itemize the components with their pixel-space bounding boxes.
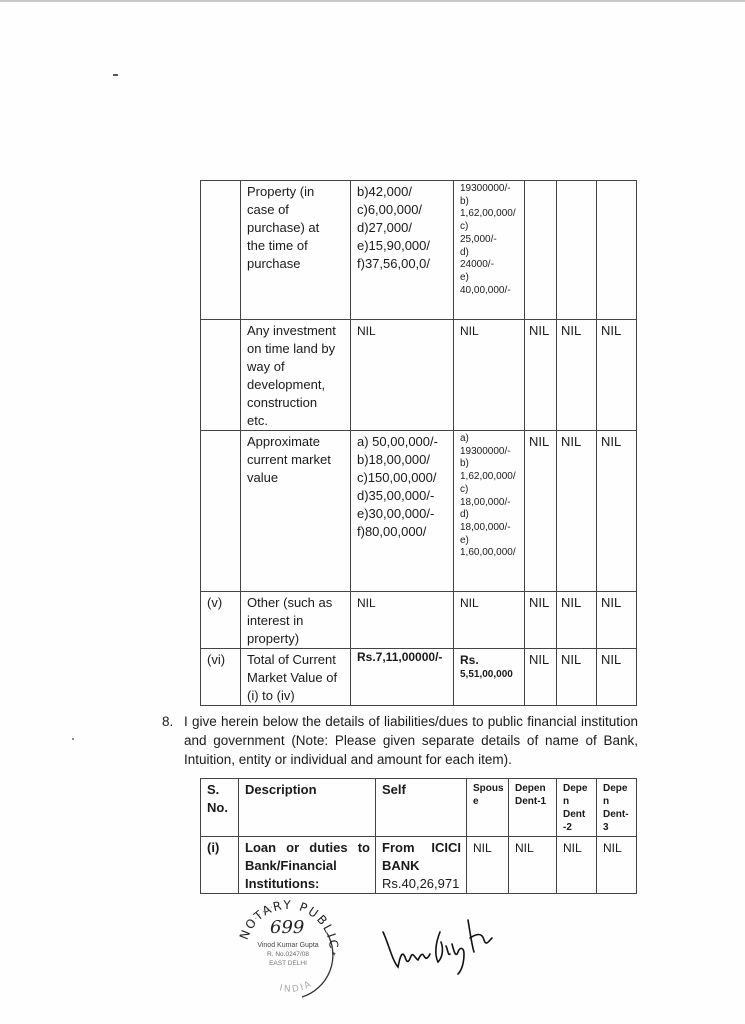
row-dependent-2: NIL	[557, 320, 597, 431]
row-dependent-2: NIL	[557, 431, 597, 592]
row-spouse: a)19300000/-b)1,62,00,000/c)18,00,000/-d…	[454, 431, 525, 592]
notary-seal-icon: NOTARY PUBLIC 699 Vinod Kumar Gupta R. N…	[232, 893, 344, 1005]
svg-text:*: *	[332, 951, 336, 962]
row-sno	[201, 320, 241, 431]
row-description: Total of CurrentMarket Value of(i) to (i…	[241, 649, 351, 706]
row-dependent-1: NIL	[525, 320, 557, 431]
row-spouse: NIL	[467, 837, 509, 894]
table-row: Any investmenton time land byway ofdevel…	[201, 320, 637, 431]
row-description: Any investmenton time land byway ofdevel…	[241, 320, 351, 431]
row-dependent-1: NIL	[509, 837, 557, 894]
table-row: Approximatecurrent marketvaluea) 50,00,0…	[201, 431, 637, 592]
scan-speck	[72, 738, 74, 740]
header-dependent-1: DepenDent-1	[509, 779, 557, 837]
row-self: b)42,000/c)6,00,000/d)27,000/e)15,90,000…	[351, 181, 454, 320]
row-description: Loan or duties to Bank/Financial Institu…	[239, 837, 376, 894]
header-description: Description	[239, 779, 376, 837]
row-dependent-1: NIL	[525, 431, 557, 592]
scan-speck	[113, 74, 118, 76]
svg-text:INDIA: INDIA	[279, 979, 315, 995]
row-sno: (i)	[201, 837, 239, 894]
row-dependent-2	[557, 181, 597, 320]
section-text: I give herein below the details of liabi…	[184, 712, 638, 769]
row-dependent-3: NIL	[597, 649, 637, 706]
row-description: Property (incase ofpurchase) atthe time …	[241, 181, 351, 320]
row-dependent-3: NIL	[597, 431, 637, 592]
svg-text:R. No.0247/08: R. No.0247/08	[267, 951, 309, 958]
section-number: 8.	[162, 712, 173, 731]
row-spouse: 19300000/-b)1,62,00,000/c)25,000/-d)2400…	[454, 181, 525, 320]
row-dependent-3: NIL	[597, 837, 637, 894]
signature	[378, 912, 498, 982]
row-self: Rs.7,11,00000/-	[351, 649, 454, 706]
row-dependent-2: NIL	[557, 649, 597, 706]
row-dependent-1	[525, 181, 557, 320]
row-description: Other (such asinterest inproperty)	[241, 592, 351, 649]
header-dependent-2: DepenDent-2	[557, 779, 597, 837]
svg-text:EAST DELHI: EAST DELHI	[269, 960, 307, 967]
header-sno: S.No.	[201, 779, 239, 837]
row-self: NIL	[351, 320, 454, 431]
table-row: (i) Loan or duties to Bank/Financial Ins…	[201, 837, 637, 894]
assets-table: Property (incase ofpurchase) atthe time …	[200, 180, 637, 706]
row-dependent-3	[597, 181, 637, 320]
row-description: Approximatecurrent marketvalue	[241, 431, 351, 592]
svg-text:Vinod Kumar Gupta: Vinod Kumar Gupta	[257, 942, 318, 949]
header-self: Self	[376, 779, 467, 837]
row-self: FromICICI BANK Rs.40,26,971	[376, 837, 467, 894]
signature-scribble-icon	[378, 912, 498, 982]
notary-stamp: NOTARY PUBLIC 699 Vinod Kumar Gupta R. N…	[232, 893, 344, 1005]
row-dependent-1: NIL	[525, 592, 557, 649]
section-8-paragraph: 8. I give herein below the details of li…	[162, 712, 638, 769]
row-sno	[201, 181, 241, 320]
table-row: Property (incase ofpurchase) atthe time …	[201, 181, 637, 320]
header-dependent-3: DepenDent-3	[597, 779, 637, 837]
row-spouse: NIL	[454, 592, 525, 649]
liabilities-table: S.No. Description Self Spouse DepenDent-…	[200, 778, 637, 894]
row-dependent-3: NIL	[597, 592, 637, 649]
table-header-row: S.No. Description Self Spouse DepenDent-…	[201, 779, 637, 837]
row-self: a) 50,00,000/-b)18,00,000/c)150,00,000/d…	[351, 431, 454, 592]
table-row: (v)Other (such asinterest inproperty)NIL…	[201, 592, 637, 649]
row-sno: (vi)	[201, 649, 241, 706]
row-self: NIL	[351, 592, 454, 649]
row-sno	[201, 431, 241, 592]
row-dependent-2: NIL	[557, 592, 597, 649]
row-sno: (v)	[201, 592, 241, 649]
svg-text:699: 699	[270, 917, 304, 938]
row-dependent-1: NIL	[525, 649, 557, 706]
row-spouse: NIL	[454, 320, 525, 431]
table-row: (vi)Total of CurrentMarket Value of(i) t…	[201, 649, 637, 706]
header-spouse: Spouse	[467, 779, 509, 837]
row-dependent-2: NIL	[557, 837, 597, 894]
page-top-edge	[0, 0, 745, 2]
row-dependent-3: NIL	[597, 320, 637, 431]
row-spouse: Rs.5,51,00,000	[454, 649, 525, 706]
